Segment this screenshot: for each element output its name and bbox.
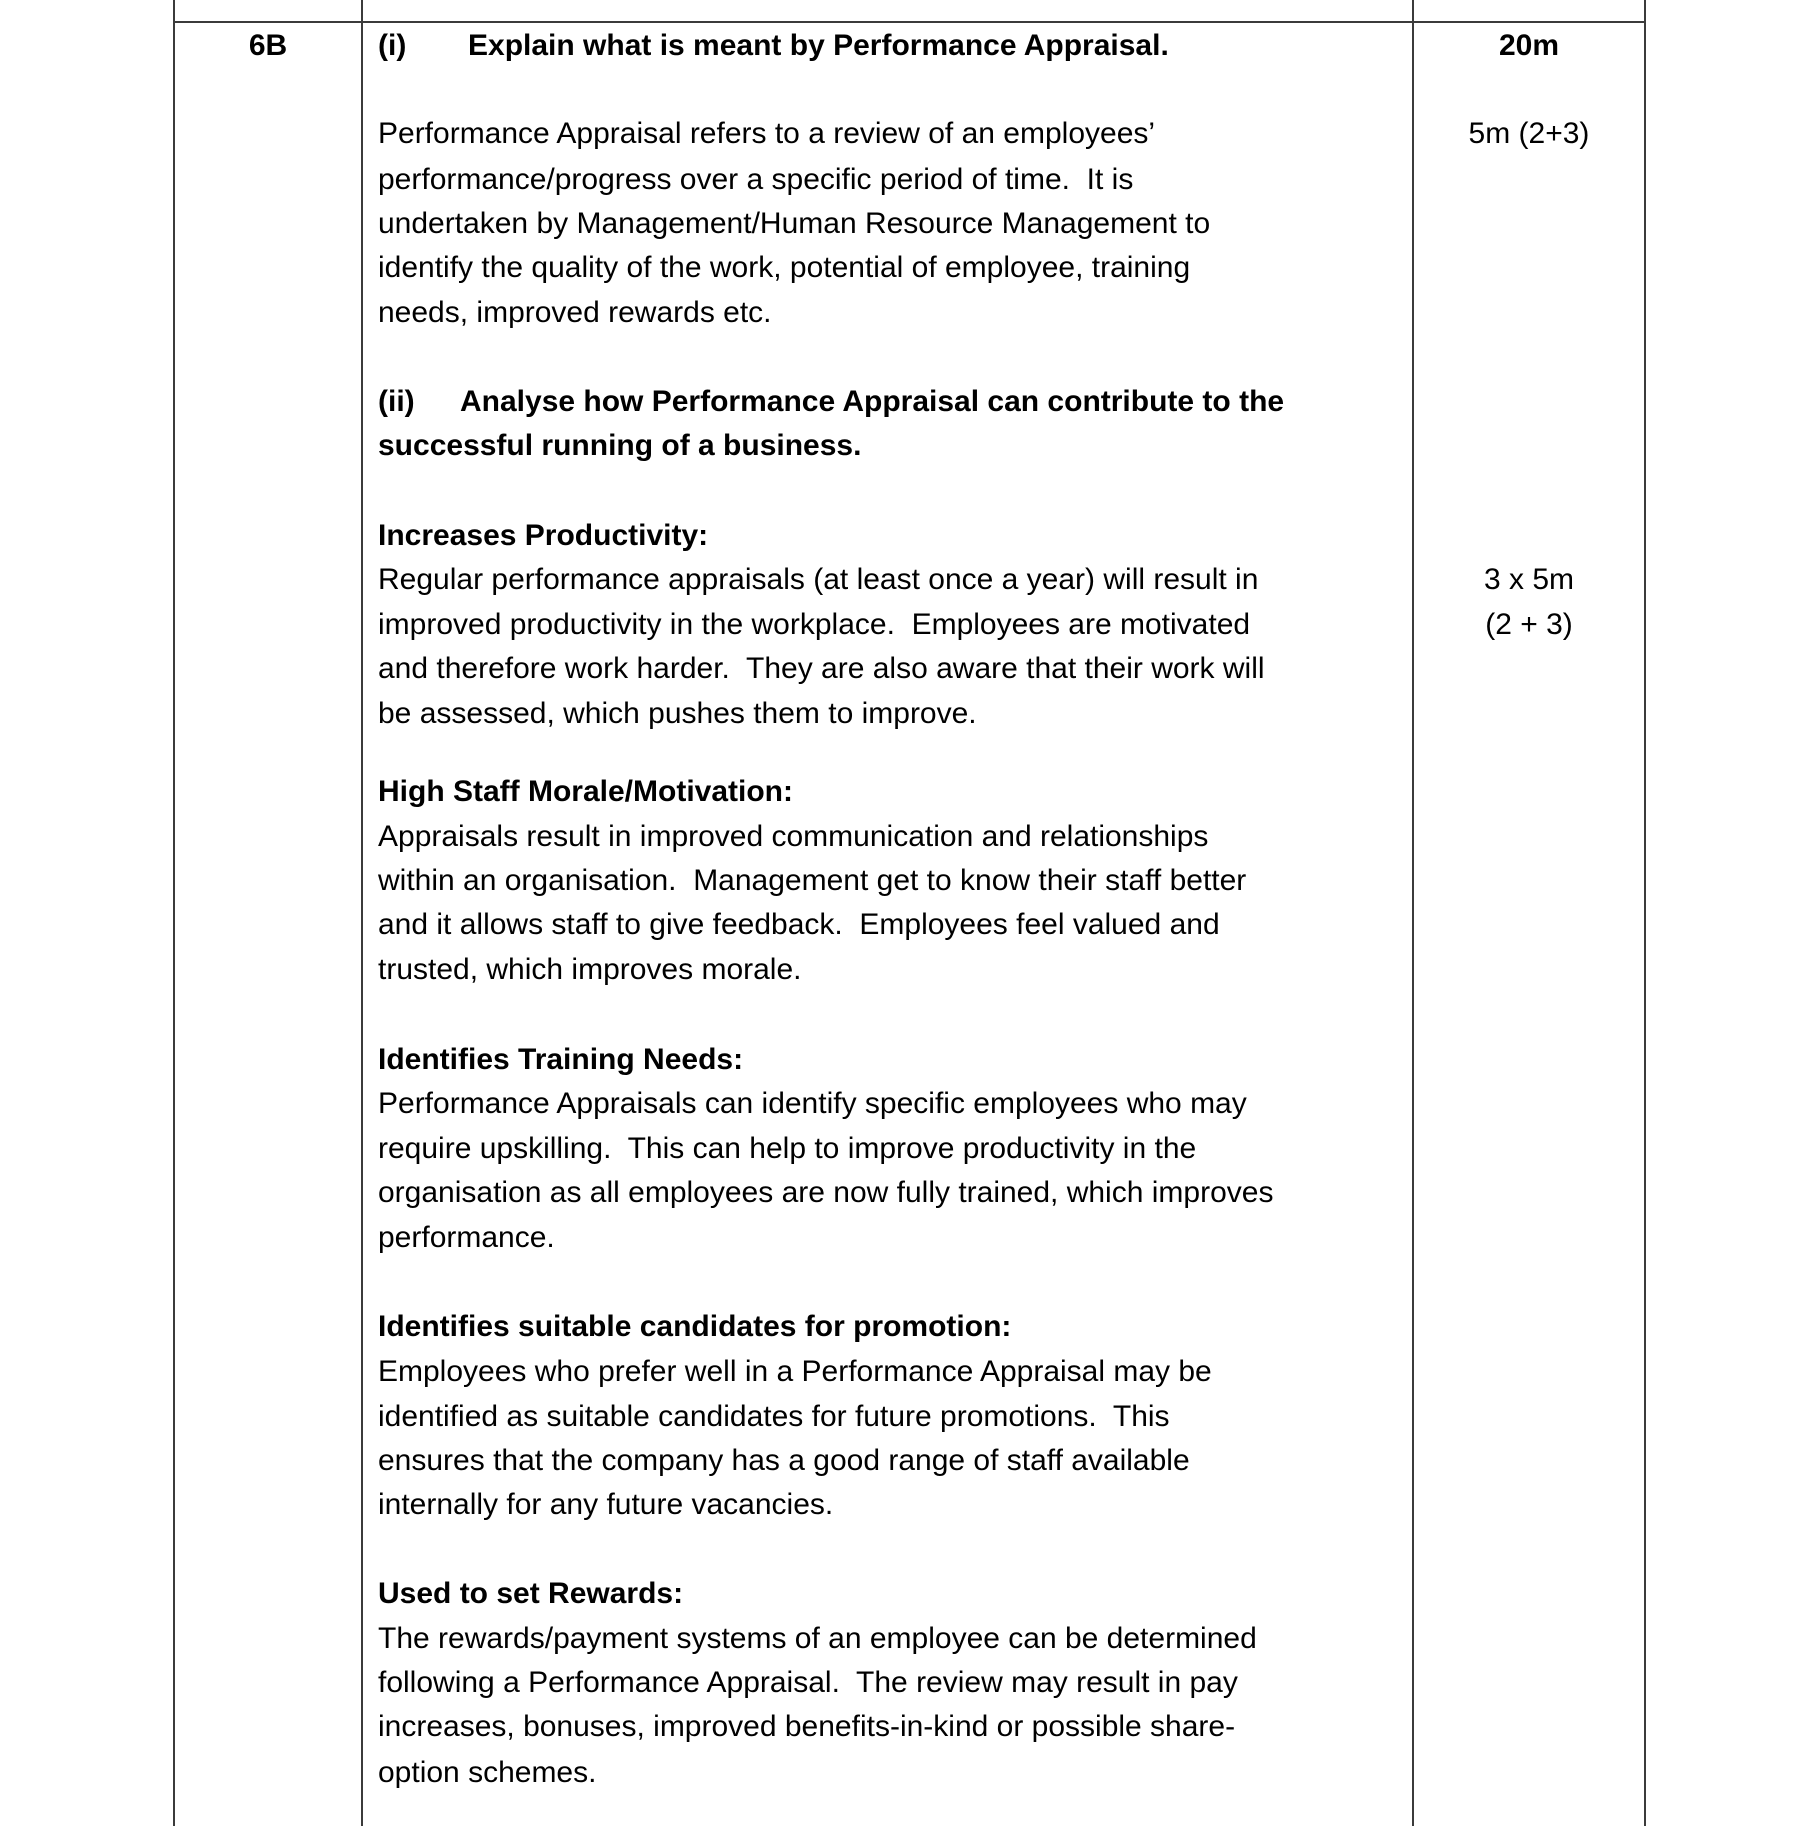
point-line: organisation as all employees are now fu… [378, 1171, 1273, 1215]
point-line: improved productivity in the workplace. … [378, 603, 1250, 647]
total-marks: 20m [1414, 24, 1644, 68]
part-ii-prompt-line: successful running of a business. [378, 424, 861, 468]
point-line: Regular performance appraisals (at least… [378, 558, 1258, 602]
point-line: following a Performance Appraisal. The r… [378, 1661, 1238, 1705]
row-divider [173, 21, 1646, 23]
point-heading: Increases Productivity: [378, 514, 708, 558]
part-i-marks: 5m (2+3) [1414, 112, 1644, 156]
point-line: Performance Appraisals can identify spec… [378, 1082, 1247, 1126]
table-border-left [173, 0, 175, 1826]
point-line: increases, bonuses, improved benefits-in… [378, 1705, 1235, 1749]
point-line: identified as suitable candidates for fu… [378, 1395, 1170, 1439]
point-line: and it allows staff to give feedback. Em… [378, 903, 1220, 947]
answer-line: Performance Appraisal refers to a review… [378, 112, 1155, 156]
part-ii-marks-line: 3 x 5m [1414, 558, 1644, 602]
point-heading: Used to set Rewards: [378, 1572, 683, 1616]
point-line: require upskilling. This can help to imp… [378, 1127, 1196, 1171]
point-line: and therefore work harder. They are also… [378, 647, 1265, 691]
point-line: option schemes. [378, 1751, 596, 1795]
column-divider-marks [1412, 0, 1414, 1826]
answer-line: undertaken by Management/Human Resource … [378, 202, 1210, 246]
point-heading: High Staff Morale/Motivation: [378, 770, 793, 814]
part-ii-marks-line: (2 + 3) [1414, 603, 1644, 647]
answer-line: identify the quality of the work, potent… [378, 246, 1190, 290]
part-i-prompt: Explain what is meant by Performance App… [468, 24, 1169, 68]
point-line: trusted, which improves morale. [378, 948, 802, 992]
question-number: 6B [175, 24, 361, 68]
point-heading: Identifies Training Needs: [378, 1038, 743, 1082]
part-ii-prompt-line: Analyse how Performance Appraisal can co… [460, 380, 1284, 424]
point-line: ensures that the company has a good rang… [378, 1439, 1190, 1483]
point-line: performance. [378, 1216, 555, 1260]
column-divider-question [361, 0, 363, 1826]
part-ii-label: (ii) [378, 380, 415, 424]
table-border-right [1644, 0, 1646, 1826]
answer-line: performance/progress over a specific per… [378, 158, 1133, 202]
point-line: within an organisation. Management get t… [378, 859, 1246, 903]
point-line: be assessed, which pushes them to improv… [378, 692, 977, 736]
answer-line: needs, improved rewards etc. [378, 291, 772, 335]
point-line: Appraisals result in improved communicat… [378, 815, 1208, 859]
point-line: internally for any future vacancies. [378, 1483, 833, 1527]
part-i-label: (i) [378, 24, 406, 68]
point-heading: Identifies suitable candidates for promo… [378, 1305, 1011, 1349]
point-line: The rewards/payment systems of an employ… [378, 1617, 1257, 1661]
point-line: Employees who prefer well in a Performan… [378, 1350, 1212, 1394]
